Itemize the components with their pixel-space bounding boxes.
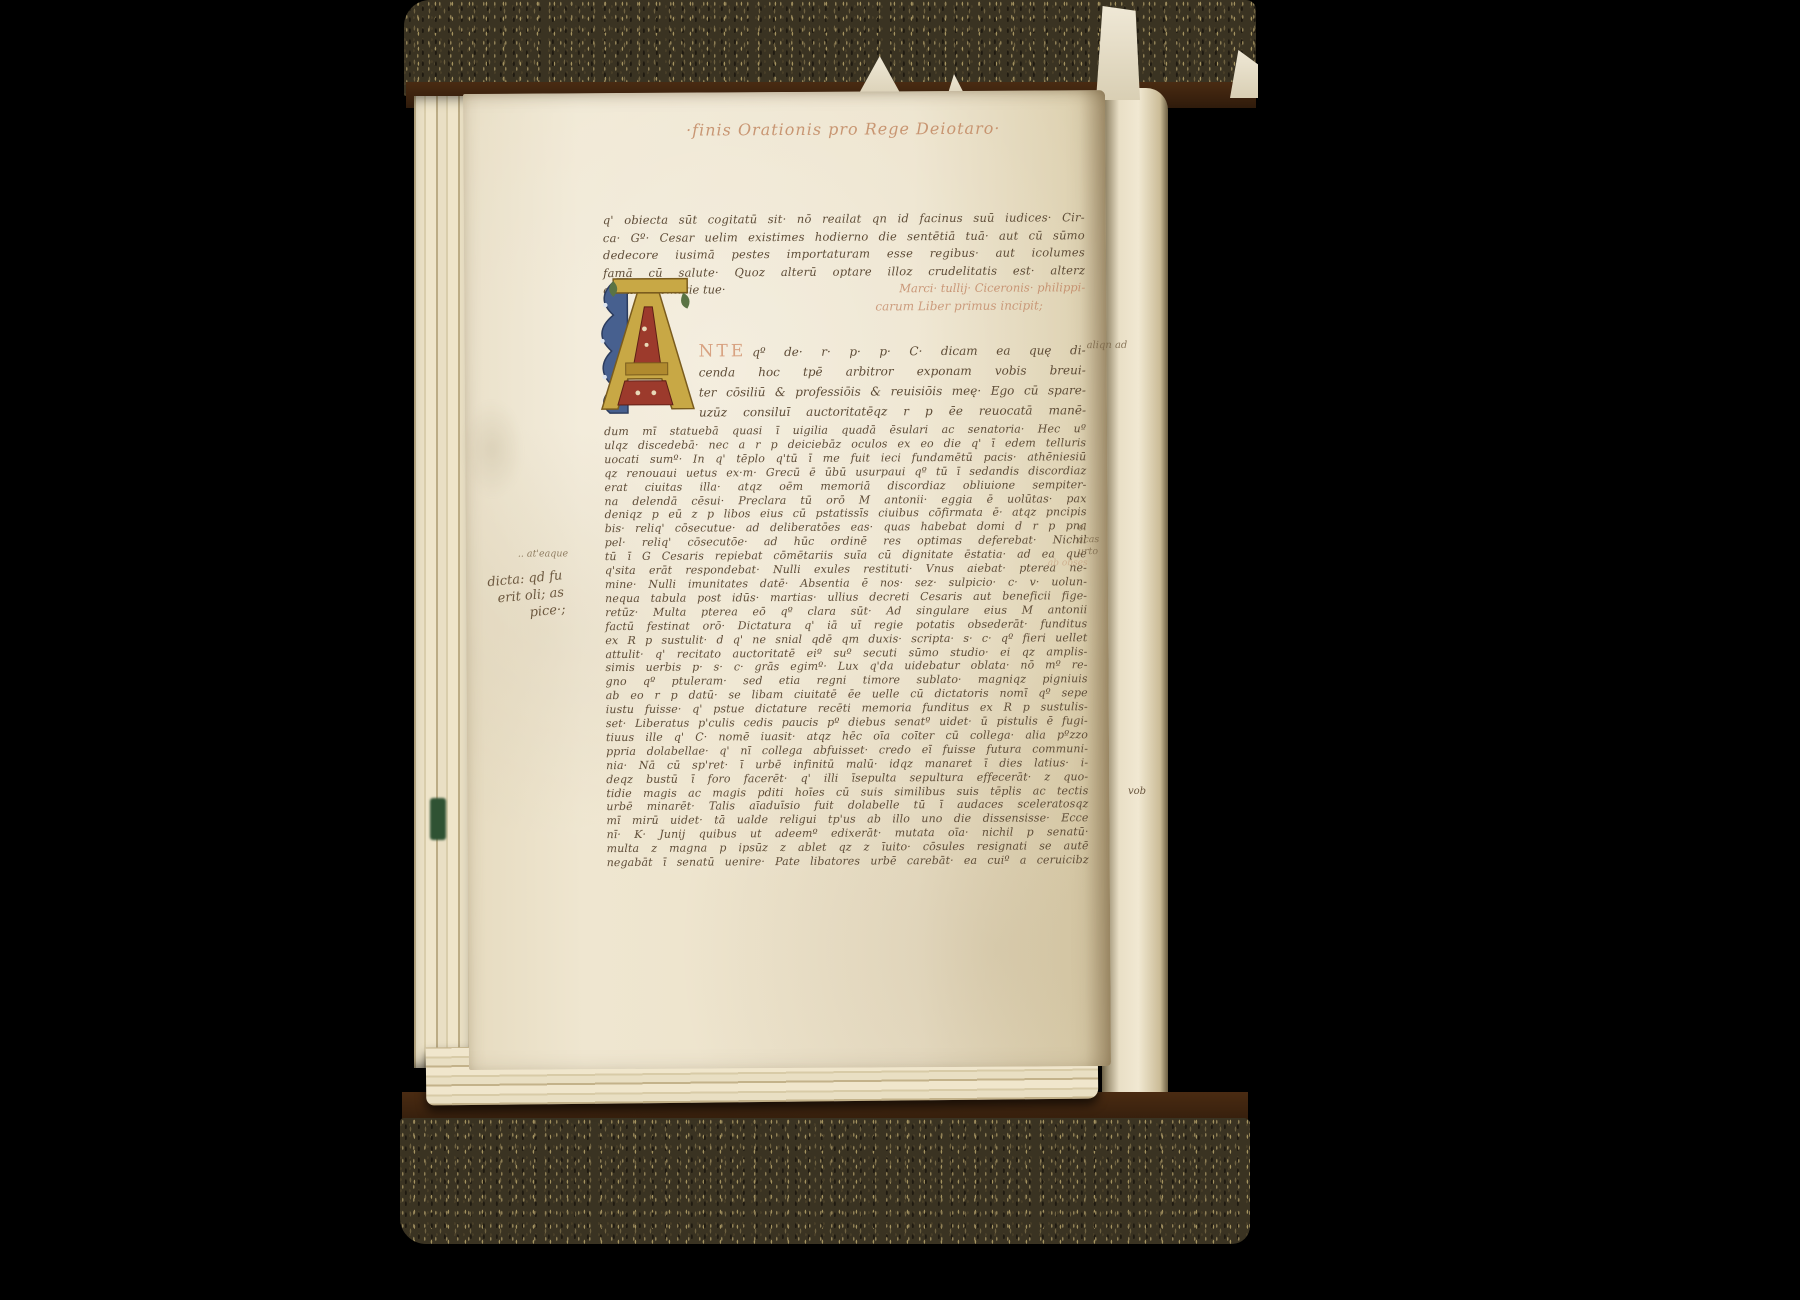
text-line: dedecore iusimā pestes importaturam esse… bbox=[603, 244, 1085, 264]
margin-note-right-top: aliqn ad bbox=[1087, 340, 1128, 351]
margin-note-right-faint: ab obses bbox=[1048, 558, 1088, 568]
incipit-first-line: NTEqº de· r· p· p· C· dicam ea quę di- bbox=[699, 339, 1086, 362]
incipit-rubric-line1: Marci· tullij· Ciceronis· philippi- bbox=[899, 279, 1085, 298]
margin-note-right-mid: el acas urto bbox=[1078, 522, 1108, 558]
margin-note-line: urto bbox=[1078, 546, 1108, 558]
facing-page-sliver: vob bbox=[1102, 88, 1168, 1152]
illuminated-initial-A bbox=[587, 277, 698, 416]
facing-page-text: vob bbox=[1128, 786, 1146, 797]
rubricated-capitals: NTE bbox=[699, 341, 747, 361]
text-line: qº de· r· p· p· C· dicam ea quę di- bbox=[752, 343, 1085, 359]
dropcap-section: NTEqº de· r· p· p· C· dicam ea quę di- c… bbox=[604, 339, 1086, 423]
margin-note-left: dicta: qd fu erit oli; as pice·; bbox=[466, 567, 566, 627]
green-fore-edge-marker bbox=[430, 798, 446, 840]
text-line: negabāt ī senatū uenire· Pate libatores … bbox=[607, 853, 1089, 870]
manuscript-page: ·finis Orationis pro Rege Deiotaro· q' o… bbox=[463, 90, 1111, 1070]
text-line: cenda hoc tpē arbitror exponam vobis bre… bbox=[699, 360, 1086, 382]
photo-stage: vob ·finis Orationis pro Rege Deiotaro· … bbox=[0, 0, 1800, 1300]
body-text: dum mī statuebā quasi ī uigilia quadā ēs… bbox=[604, 422, 1089, 870]
text-line: uzūz consiluī auctoritatēqz r p ēe reuoc… bbox=[699, 400, 1086, 422]
explicit-rubric: ·finis Orationis pro Rege Deiotaro· bbox=[633, 118, 1053, 140]
text-line: q' obiecta sūt cogitatū sit· nō reailat … bbox=[603, 209, 1085, 229]
margin-note-line: el acas bbox=[1078, 522, 1108, 546]
incipit-rubric-line2: carum Liber primus incipit; bbox=[875, 297, 1085, 316]
ink-bleed-smudge bbox=[457, 394, 528, 504]
text-block: q' obiecta sūt cogitatū sit· nō reailat … bbox=[603, 209, 1089, 870]
text-line: ter cōsiliū & professiōis & reuisiōis me… bbox=[699, 380, 1086, 402]
margin-note-left-small: .. at'eaque bbox=[518, 548, 568, 559]
book-cover-bottom bbox=[400, 1118, 1250, 1244]
binding-chip bbox=[1096, 6, 1140, 100]
